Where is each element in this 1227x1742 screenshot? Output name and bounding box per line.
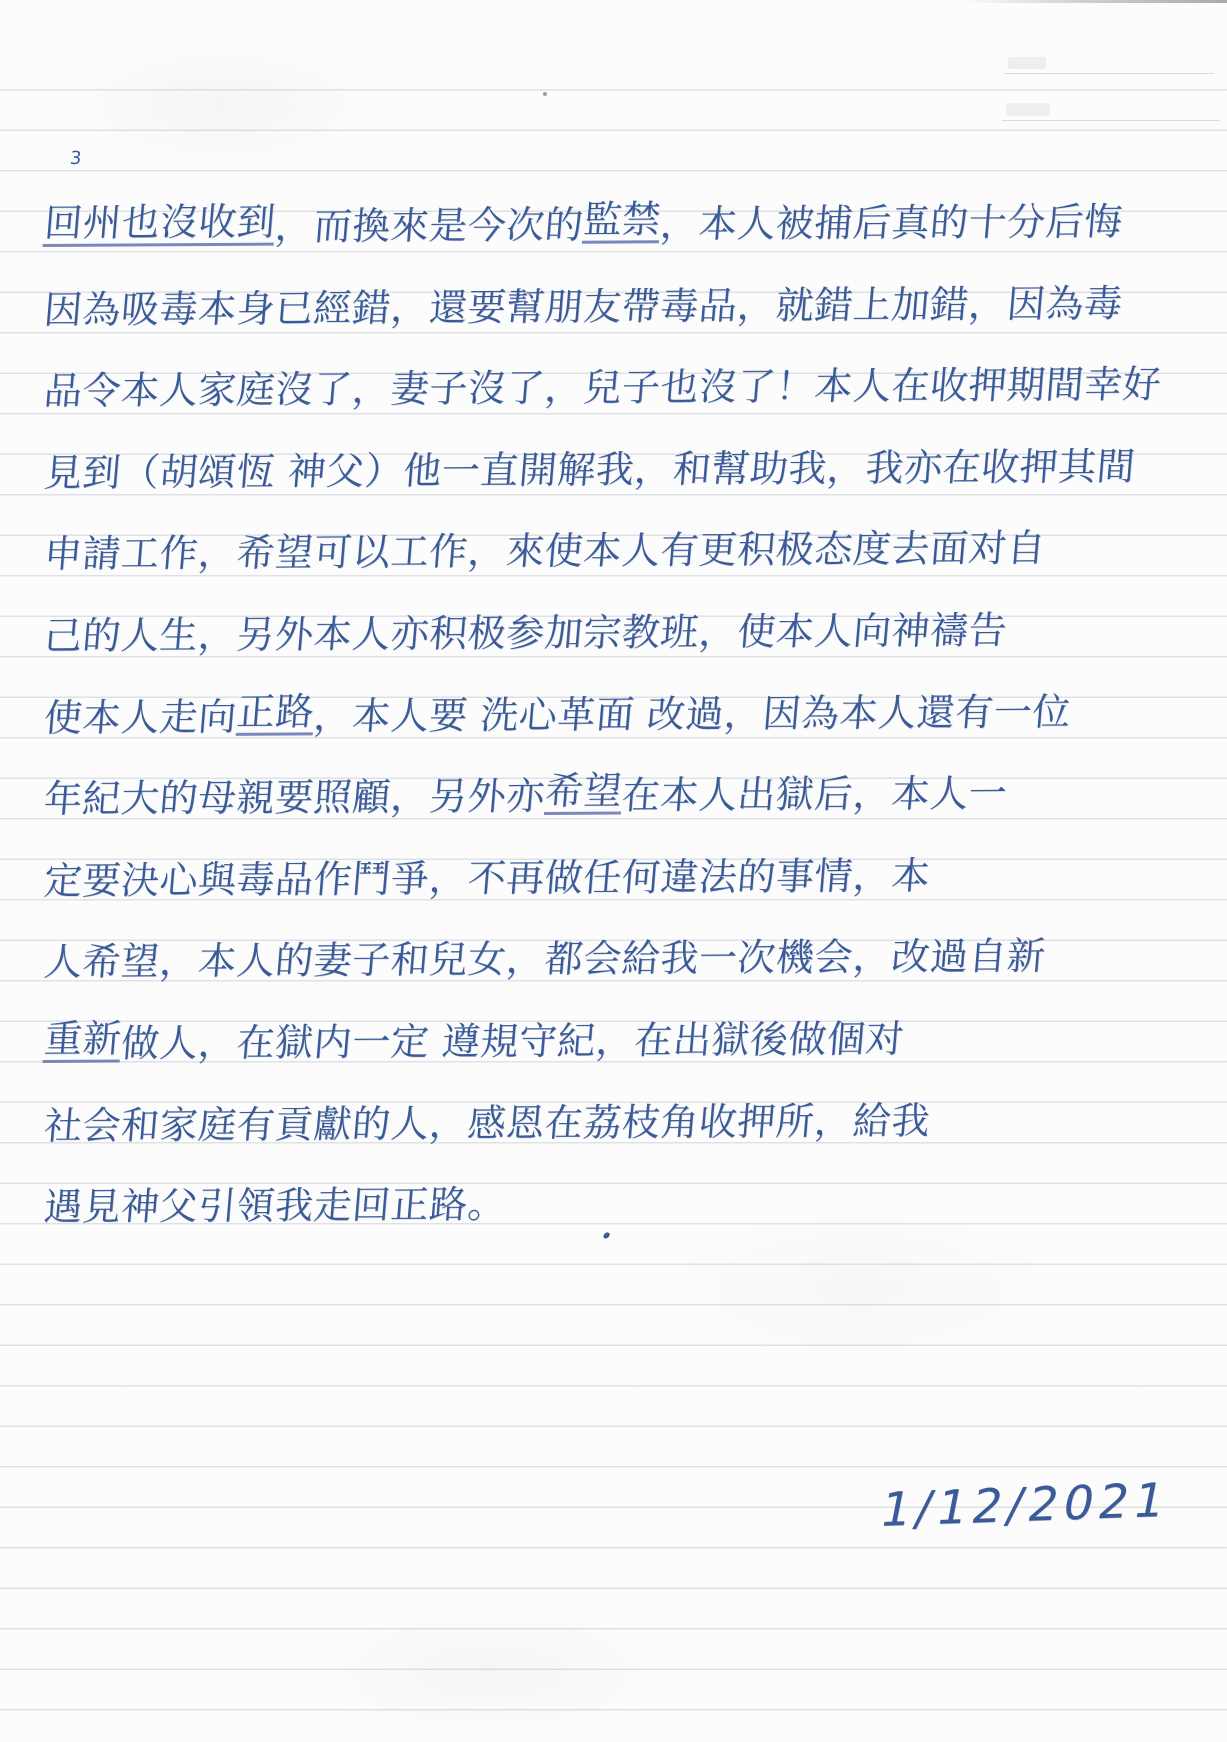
notepad-header-label-mark: [1008, 57, 1046, 69]
text-segment: 品令本人家庭沒了，妻子沒了，兒子也沒了！本人在收押期間幸好: [43, 365, 1163, 410]
text-segment: 己的人生，另外本人亦积极参加宗教班，使本人向神禱告: [43, 611, 1009, 655]
handwritten-line: 見到（胡頌恆 神父）他一直開解我，和幫助我，我亦在收押其間: [42, 410, 1226, 499]
handwritten-line: 因為吸毒本身已經錯，還要幫朋友帶毒品，就錯上加錯，因為毒: [42, 246, 1226, 335]
stray-mark: [543, 92, 547, 96]
letter-page: 3 回州也沒收到，而換來是今次的監禁，本人被捕后真的十分后悔因為吸毒本身已經錯，…: [0, 0, 1227, 1742]
text-segment: ，本人要 洗心革面 改過，因為本人還有一位: [312, 692, 1072, 735]
text-segment: ，而換來是今次的: [274, 205, 585, 245]
handwritten-line: 品令本人家庭沒了，妻子沒了，兒子也沒了！本人在收押期間幸好: [42, 328, 1226, 417]
text-segment: 定要決心與毒品作鬥爭，不再做任何違法的事情，本: [43, 856, 932, 899]
text-segment: 見到（胡頌恆 神父）他一直開解我，和幫助我，我亦在收押其間: [43, 447, 1137, 492]
text-segment: 社会和家庭有貢獻的人，感恩在荔枝角收押所，給我: [43, 1101, 932, 1144]
handwritten-line: 社会和家庭有貢獻的人，感恩在荔枝角收押所，給我: [42, 1062, 1226, 1151]
handwritten-line: 遇見神父引領我走回正路。: [42, 1144, 1226, 1233]
text-segment: 人希望，本人的妻子和兒女，都会給我一次機会，改過自新: [43, 937, 1048, 981]
underlined-text-segment: 希望: [543, 771, 624, 814]
text-segment: 做人，在獄内一定 遵規守紀，在出獄後做個对: [120, 1019, 906, 1062]
handwritten-date: 1/12/2021: [876, 1473, 1175, 1538]
text-segment: 遇見神父引領我走回正路。: [43, 1185, 508, 1226]
scan-edge-shadow: [962, 0, 1227, 3]
handwritten-line: 己的人生，另外本人亦积极参加宗教班，使本人向神禱告: [42, 573, 1226, 662]
underlined-text-segment: 回州也沒收到: [43, 202, 278, 246]
text-segment: 因為吸毒本身已經錯，還要幫朋友帶毒品，就錯上加錯，因為毒: [43, 284, 1125, 329]
handwritten-line: 人希望，本人的妻子和兒女，都会給我一次機会，改過自新: [42, 899, 1226, 988]
page-number-note: 3: [69, 148, 83, 169]
handwritten-line: 年紀大的母親要照顧，另外亦希望在本人出獄后，本人一: [42, 736, 1226, 825]
handwritten-line: 申請工作，希望可以工作，來使本人有更积极态度去面对自: [42, 491, 1226, 580]
text-segment: 年紀大的母親要照顧，另外亦: [43, 777, 547, 818]
handwritten-line: 使本人走向正路，本人要 洗心革面 改過，因為本人還有一位: [42, 654, 1226, 743]
letter-body: 回州也沒收到，而換來是今次的監禁，本人被捕后真的十分后悔因為吸毒本身已經錯，還要…: [42, 172, 1219, 1233]
notepad-header-rule: [1004, 73, 1214, 74]
handwritten-line: 定要決心與毒品作鬥爭，不再做任何違法的事情，本: [42, 818, 1226, 907]
text-segment: 申請工作，希望可以工作，來使本人有更积极态度去面对自: [43, 529, 1048, 573]
handwritten-line: 重新做人，在獄内一定 遵規守紀，在出獄後做個对: [42, 981, 1226, 1070]
notepad-header-rule: [1002, 120, 1220, 121]
text-segment: 使本人走向: [43, 697, 239, 736]
underlined-text-segment: 重新: [43, 1019, 124, 1062]
handwritten-line: 回州也沒收到，而換來是今次的監禁，本人被捕后真的十分后悔: [42, 165, 1226, 254]
notepad-header-label-mark: [1006, 103, 1050, 116]
text-segment: ，本人被捕后真的十分后悔: [659, 202, 1124, 243]
underlined-text-segment: 監禁: [582, 200, 663, 243]
text-segment: 在本人出獄后，本人一: [620, 774, 1008, 814]
underlined-text-segment: 正路: [235, 692, 316, 735]
